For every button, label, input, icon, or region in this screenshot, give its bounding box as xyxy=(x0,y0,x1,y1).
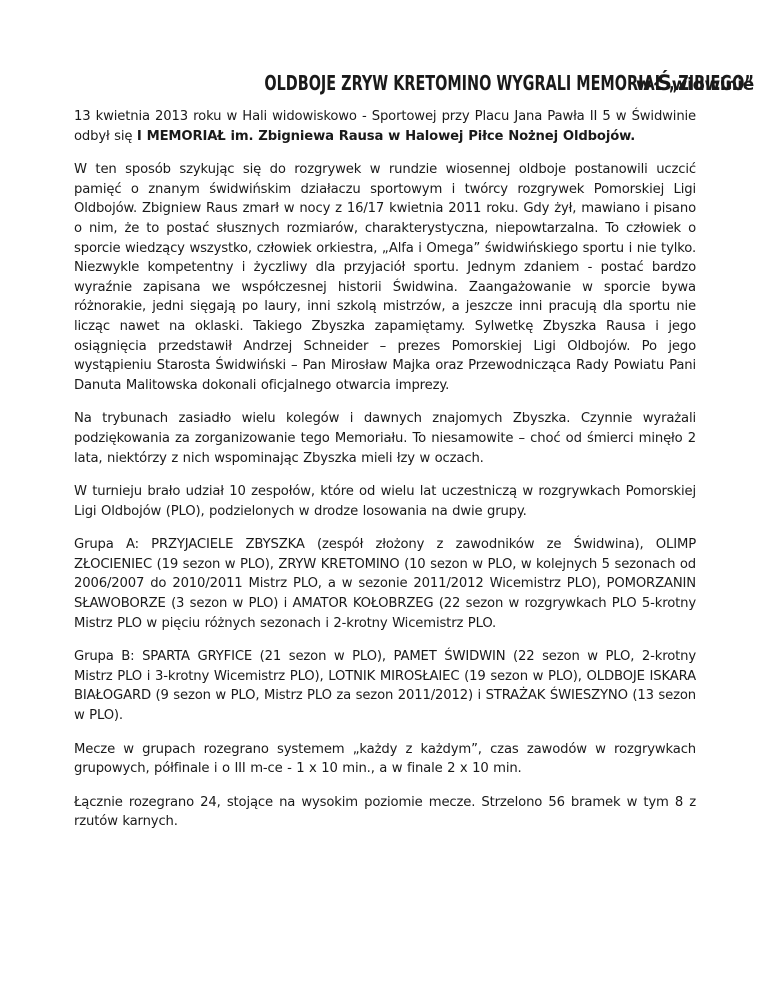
paragraph-intro: 13 kwietnia 2013 roku w Hali widowiskowo… xyxy=(74,107,696,146)
memorial-name: I MEMORIAŁ im. Zbigniewa Rausa w Halowej… xyxy=(137,129,635,144)
paragraph-group-a: Grupa A: PRZYJACIELE ZBYSZKA (zespół zło… xyxy=(74,535,696,633)
paragraph-teams: W turnieju brało udział 10 zespołów, któ… xyxy=(74,482,696,521)
paragraph-audience: Na trybunach zasiadło wielu kolegów i da… xyxy=(74,409,696,468)
article-title: OLDBOJE ZRYW KRETOMINO WYGRALI MEMORIAŁ … xyxy=(74,70,696,98)
paragraph-group-b: Grupa B: SPARTA GRYFICE (21 sezon w PLO)… xyxy=(74,647,696,725)
document-page: OLDBOJE ZRYW KRETOMINO WYGRALI MEMORIAŁ … xyxy=(74,70,696,846)
paragraph-tribute: W ten sposób szykując się do rozgrywek w… xyxy=(74,160,696,395)
paragraph-summary: Łącznie rozegrano 24, stojące na wysokim… xyxy=(74,793,696,832)
paragraph-format: Mecze w grupach rozegrano systemem „każd… xyxy=(74,740,696,779)
title-main: OLDBOJE ZRYW KRETOMINO WYGRALI MEMORIAŁ … xyxy=(264,70,753,96)
